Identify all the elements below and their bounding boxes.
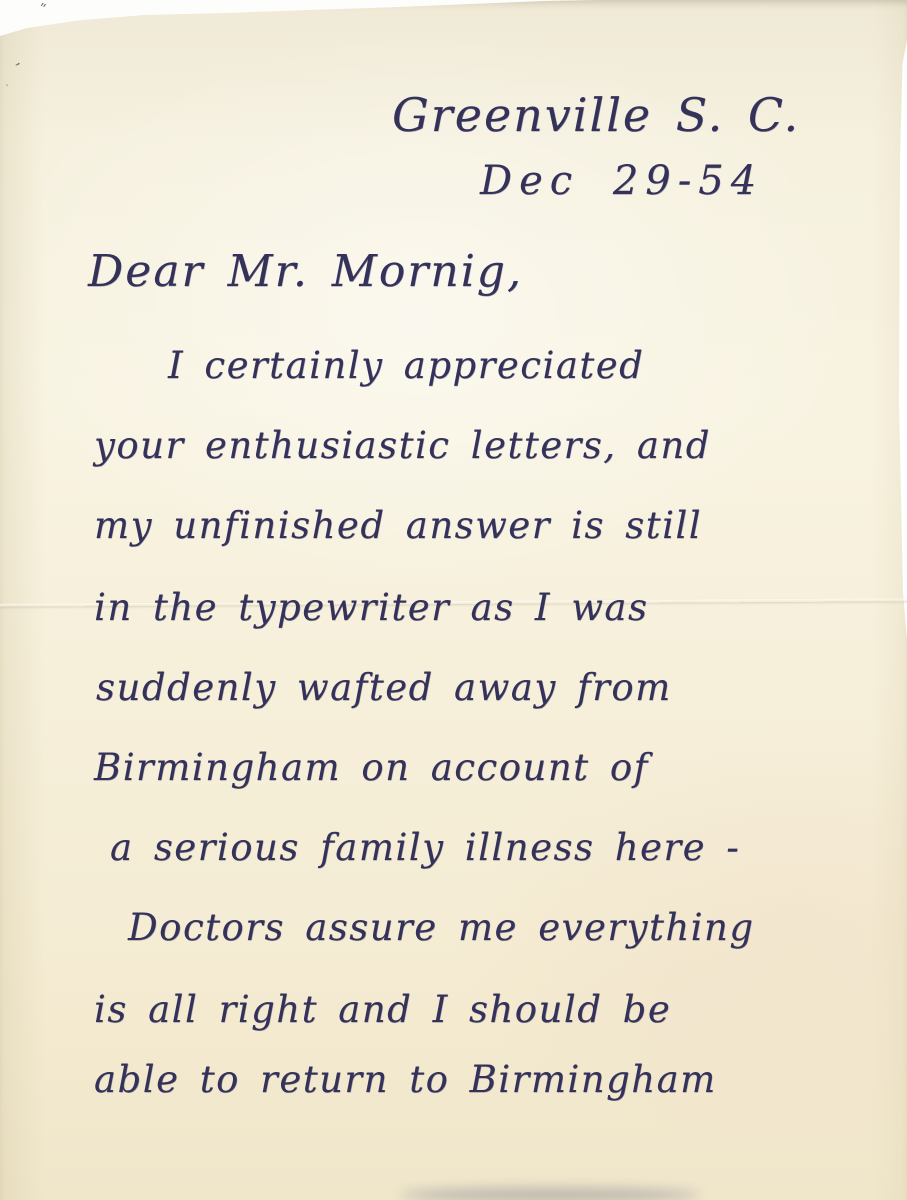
letter-salutation: Dear Mr. Mornig,	[88, 246, 523, 297]
letter-body-line: your enthusiastic letters, and	[94, 424, 711, 467]
letter-body-line: I certainly appreciated	[168, 344, 644, 387]
letter-body-line: suddenly wafted away from	[96, 666, 672, 709]
scanned-letter-page: ʺ ʼ ˏ Greenville S. C. Dec 29-54 Dear Mr…	[0, 0, 907, 1200]
letter-body-line: able to return to Birmingham	[94, 1058, 717, 1101]
letter-place-line: Greenville S. C.	[392, 88, 800, 142]
letter-body-line: Birmingham on account of	[94, 746, 649, 789]
letter-body-line: in the typewriter as I was	[94, 586, 648, 629]
letter-body-line: my unfinished answer is still	[94, 504, 702, 547]
ink-scratch-mark: ʺ	[35, 1, 47, 18]
letter-body-line: is all right and I should be	[94, 988, 671, 1031]
letter-date-line: Dec 29-54	[480, 158, 763, 204]
letter-body-line: Doctors assure me everything	[128, 906, 755, 949]
cut-off-text-smudge	[400, 1188, 700, 1200]
letter-body-line: a serious family illness here -	[110, 826, 740, 869]
